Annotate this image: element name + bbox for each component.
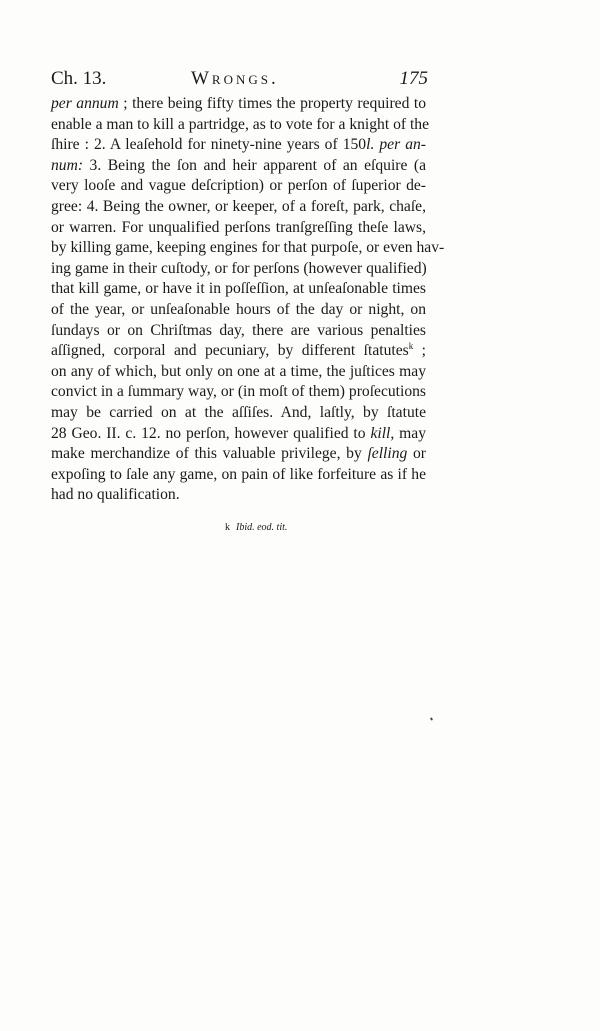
ink-speck xyxy=(430,717,433,721)
text-line: ſhire : 2. A leaſehold for ninety-nine y… xyxy=(51,135,426,156)
text-line: ing game in their cuſtody, or for perſon… xyxy=(51,259,426,280)
text-line: make merchandize of this valuable privil… xyxy=(51,444,426,465)
text-line: num: 3. Being the ſon and heir apparent … xyxy=(51,156,426,177)
footnote-mark: k xyxy=(225,522,230,533)
book-page: Ch. 13. Wrongs. 175 per annum ; there be… xyxy=(51,68,426,506)
text-line: 28 Geo. II. c. 12. no perſon, however qu… xyxy=(51,424,426,445)
text-line: very looſe and vague deſcription) or per… xyxy=(51,176,426,197)
text-line: had no qualification. xyxy=(51,485,426,506)
text-line: aſſigned, corporal and pecuniary, by dif… xyxy=(51,341,426,362)
body-paragraph: per annum ; there being fifty times the … xyxy=(51,94,426,506)
text-line: expoſing to ſale any game, on pain of li… xyxy=(51,465,426,486)
page-number: 175 xyxy=(400,68,429,90)
text-line: by killing game, keeping engines for tha… xyxy=(51,238,426,259)
footnote-text: Ibid. eod. tit. xyxy=(236,522,287,533)
text-line: convict in a ſummary way, or (in moſt of… xyxy=(51,382,426,403)
text-line: gree: 4. Being the owner, or keeper, of … xyxy=(51,197,426,218)
text-line: that kill game, or have it in poſſeſſion… xyxy=(51,279,426,300)
running-title: Wrongs. xyxy=(191,68,279,90)
text-line: per annum ; there being fifty times the … xyxy=(51,94,426,115)
text-line: of the year, or unſeaſonable hours of th… xyxy=(51,300,426,321)
text-line: on any of which, but only on one at a ti… xyxy=(51,362,426,383)
text-line: ſundays or on Chriſtmas day, there are v… xyxy=(51,321,426,342)
footnote: kIbid. eod. tit. xyxy=(225,522,287,533)
text-line: or warren. For unqualified perſons tranſ… xyxy=(51,218,426,239)
running-header: Ch. 13. Wrongs. 175 xyxy=(51,68,426,94)
chapter-label: Ch. 13. xyxy=(51,68,106,90)
text-line: may be carried on at the aſſiſes. And, l… xyxy=(51,403,426,424)
text-line: enable a man to kill a partridge, as to … xyxy=(51,115,426,136)
